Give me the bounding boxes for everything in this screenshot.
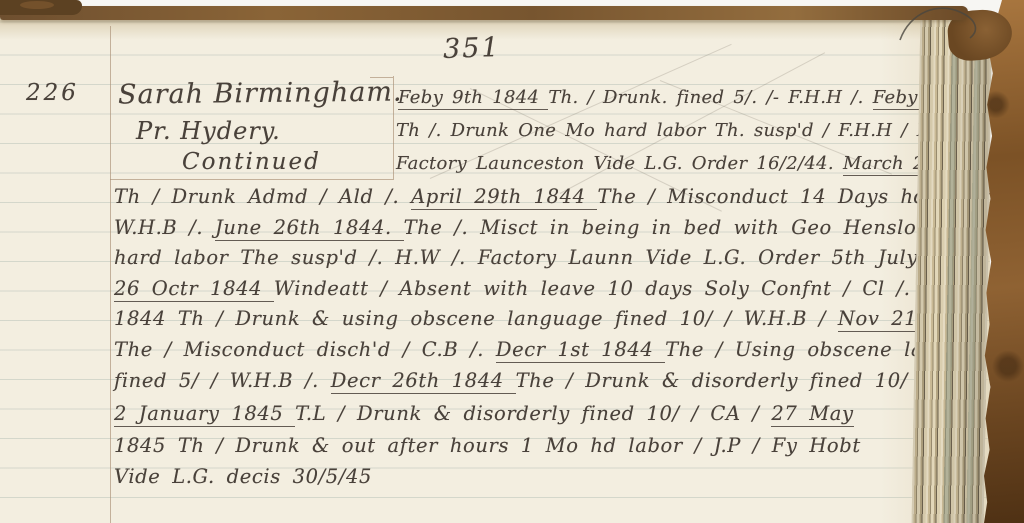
ledger-page-scan: 351 226 Sarah Birmingham. Pr. Hydery. Co… bbox=[0, 0, 1024, 523]
binding-debris bbox=[20, 1, 54, 9]
text-segment: W.H.B /. bbox=[114, 216, 215, 239]
text-segment: hard labor The susp'd /. H.W /. Factory … bbox=[114, 246, 922, 269]
page-stack-edge bbox=[912, 18, 993, 523]
conduct-line: The / Misconduct disch'd / C.B /. Decr 1… bbox=[114, 338, 1000, 361]
text-segment: Windeatt / Absent with leave 10 days Sol… bbox=[274, 277, 922, 300]
conduct-line: 1845 Th / Drunk & out after hours 1 Mo h… bbox=[114, 434, 861, 457]
loose-thread bbox=[890, 0, 986, 42]
text-segment: The / Misconduct disch'd / C.B /. bbox=[114, 338, 496, 361]
book-top-edge bbox=[0, 6, 968, 20]
date-underlined: 27 May bbox=[771, 402, 853, 427]
text-segment: Th. / Drunk. fined 5/. /- F.H.H /. bbox=[548, 87, 872, 108]
conduct-line: 2 January 1845 T.L / Drunk & disorderly … bbox=[114, 402, 854, 425]
conduct-line: Vide L.G. decis 30/5/45 bbox=[114, 465, 372, 488]
text-segment: 1844 Th / Drunk & using obscene language… bbox=[114, 307, 838, 330]
date-underlined: April 29th 1844 bbox=[411, 185, 597, 210]
ship-name: Pr. Hydery. bbox=[136, 117, 281, 145]
ledger-page: 351 226 Sarah Birmingham. Pr. Hydery. Co… bbox=[0, 18, 990, 523]
conduct-line: Th / Drunk Admd / Ald /. April 29th 1844… bbox=[114, 185, 993, 208]
date-underlined: Feby 9th 1844 bbox=[398, 87, 548, 110]
prisoner-name: Sarah Birmingham. bbox=[118, 77, 403, 111]
date-underlined: Decr 26th 1844 bbox=[331, 369, 516, 394]
name-cell-bottom-rule bbox=[110, 179, 393, 180]
conduct-line: hard labor The susp'd /. H.W /. Factory … bbox=[114, 246, 922, 269]
text-segment: T.L / Drunk & disorderly fined 10/ / CA … bbox=[295, 402, 771, 425]
date-underlined: 26 Octr 1844 bbox=[114, 277, 274, 302]
text-segment: Th /. Drunk One Mo hard labor Th. susp'd… bbox=[396, 120, 985, 141]
text-segment: 1845 Th / Drunk & out after hours 1 Mo h… bbox=[114, 434, 861, 457]
text-segment: Factory Launceston Vide L.G. Order 16/2/… bbox=[396, 153, 843, 174]
date-underlined: 2 January 1845 bbox=[114, 402, 295, 427]
conduct-line: Th /. Drunk One Mo hard labor Th. susp'd… bbox=[396, 120, 985, 141]
page-number: 351 bbox=[442, 32, 501, 65]
conduct-line: W.H.B /. June 26th 1844. The /. Misct in… bbox=[114, 216, 1024, 239]
entry-number: 226 bbox=[26, 80, 79, 106]
margin-rule-left bbox=[110, 26, 111, 523]
conduct-line: Factory Launceston Vide L.G. Order 16/2/… bbox=[396, 153, 966, 174]
text-segment: fined 5/ / W.H.B /. bbox=[114, 369, 331, 392]
date-underlined: Decr 1st 1844 bbox=[496, 338, 665, 363]
text-segment: Vide L.G. decis 30/5/45 bbox=[114, 465, 372, 488]
conduct-line: fined 5/ / W.H.B /. Decr 26th 1844 The /… bbox=[114, 369, 1001, 392]
conduct-line: Feby 9th 1844 Th. / Drunk. fined 5/. /- … bbox=[398, 87, 980, 108]
entry-status: Continued bbox=[182, 149, 321, 175]
conduct-line: 26 Octr 1844 Windeatt / Absent with leav… bbox=[114, 277, 989, 300]
conduct-line: 1844 Th / Drunk & using obscene language… bbox=[114, 307, 950, 330]
date-underlined: June 26th 1844. bbox=[215, 216, 404, 241]
text-segment: Th / Drunk Admd / Ald /. bbox=[114, 185, 411, 208]
